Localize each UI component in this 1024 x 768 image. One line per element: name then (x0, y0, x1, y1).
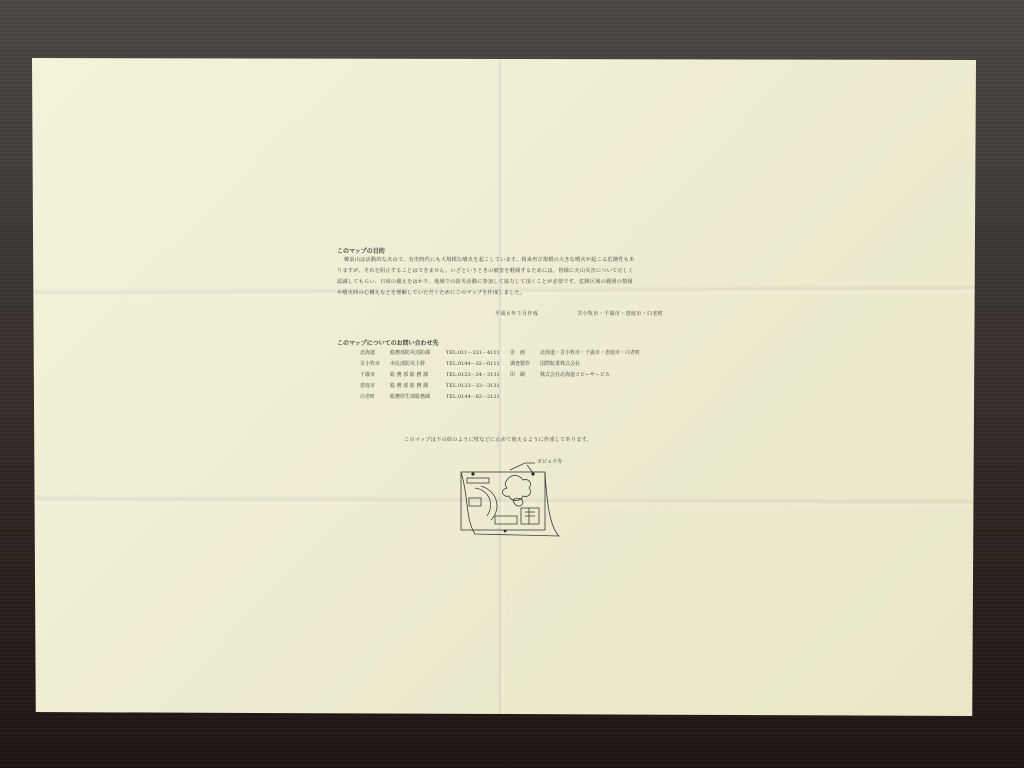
contact-row: 恵庭市 総 務 部 総 務 課 TEL.0123－33－3131 (360, 382, 500, 389)
contact-row: 千歳市 総 務 部 総 務 課 TEL.0123－24－3131 (360, 371, 500, 378)
contact-dept: 総 務 部 総 務 課 (390, 371, 438, 378)
creation-date: 平成６年３月作成 (495, 310, 538, 317)
purpose-text-line: や噴火時の心構えなどを理解していただくためにこのマップを作成しました。 (337, 289, 525, 296)
credit-label: 印 刷 (510, 371, 534, 378)
credit-value: 国際航業株式会社 (540, 360, 580, 367)
credit-row: 印 刷 株式会社北海道コピーサービス (510, 371, 610, 378)
credit-value: 北海道・苫小牧市・千歳市・恵庭市・白老町 (540, 349, 640, 356)
purpose-text-line: りますが、それを阻止することはできません。いざというときの被害を軽減するためには… (337, 267, 634, 274)
contact-tel: TEL.0144－32－6111 (446, 360, 500, 367)
contact-org: 苫小牧市 (360, 360, 382, 367)
pin-callout-label: ガビョウ等 (537, 458, 562, 465)
pin-icon (471, 472, 474, 475)
contact-tel: TEL.011－231－4111 (446, 349, 500, 356)
contact-dept: 総務部防災消防課 (390, 349, 438, 356)
authoring-municipalities: 苫小牧市・千歳市・恵庭市・白老町 (577, 310, 663, 317)
contact-org: 北海道 (360, 349, 382, 356)
wall-mounted-map-illustration: ガビョウ等 (455, 458, 570, 547)
contact-dept: 総 務 部 総 務 課 (390, 382, 438, 389)
usage-note: このマップは下の絵のように壁などに止めて使えるように作成してあります。 (404, 436, 592, 443)
map-on-wall-icon (455, 458, 570, 543)
purpose-text-line: 樽前山は活動的な火山で、有史時代にも大規模な噴火を起こしています。将来再び規模の… (344, 256, 634, 263)
pin-icon (504, 530, 507, 533)
contacts-heading: このマップについてのお問い合わせ先 (337, 338, 439, 347)
contact-dept: 総務厚生部総務課 (390, 393, 438, 400)
contact-row: 苫小牧市 市民部防災主幹 TEL.0144－32－6111 (360, 360, 500, 367)
purpose-heading: このマップの目的 (337, 246, 385, 255)
hazard-map-back-sheet: このマップの目的 樽前山は活動的な火山で、有史時代にも大規模な噴火を起こしていま… (32, 58, 976, 716)
contact-tel: TEL.0123－33－3131 (446, 382, 500, 389)
purpose-text-line: 認識してもらい、日頃の備えをはかり、地域での防災活動に参加して協力して頂くことが… (337, 278, 633, 285)
contact-tel: TEL.0123－24－3131 (446, 371, 500, 378)
contact-tel: TEL.0144－82－2121 (446, 393, 500, 400)
contact-org: 恵庭市 (360, 382, 382, 389)
credit-label: 企 画 (510, 349, 534, 356)
contact-org: 千歳市 (360, 371, 382, 378)
credit-row: 企 画 北海道・苫小牧市・千歳市・恵庭市・白老町 (510, 349, 640, 356)
contact-row: 白老町 総務厚生部総務課 TEL.0144－82－2121 (360, 393, 500, 400)
credit-row: 調査製作 国際航業株式会社 (510, 360, 580, 367)
credit-value: 株式会社北海道コピーサービス (540, 371, 610, 378)
contact-row: 北海道 総務部防災消防課 TEL.011－231－4111 (360, 349, 500, 356)
contact-dept: 市民部防災主幹 (390, 360, 438, 367)
contact-org: 白老町 (360, 393, 382, 400)
credit-label: 調査製作 (510, 360, 534, 367)
pin-icon (531, 472, 534, 475)
